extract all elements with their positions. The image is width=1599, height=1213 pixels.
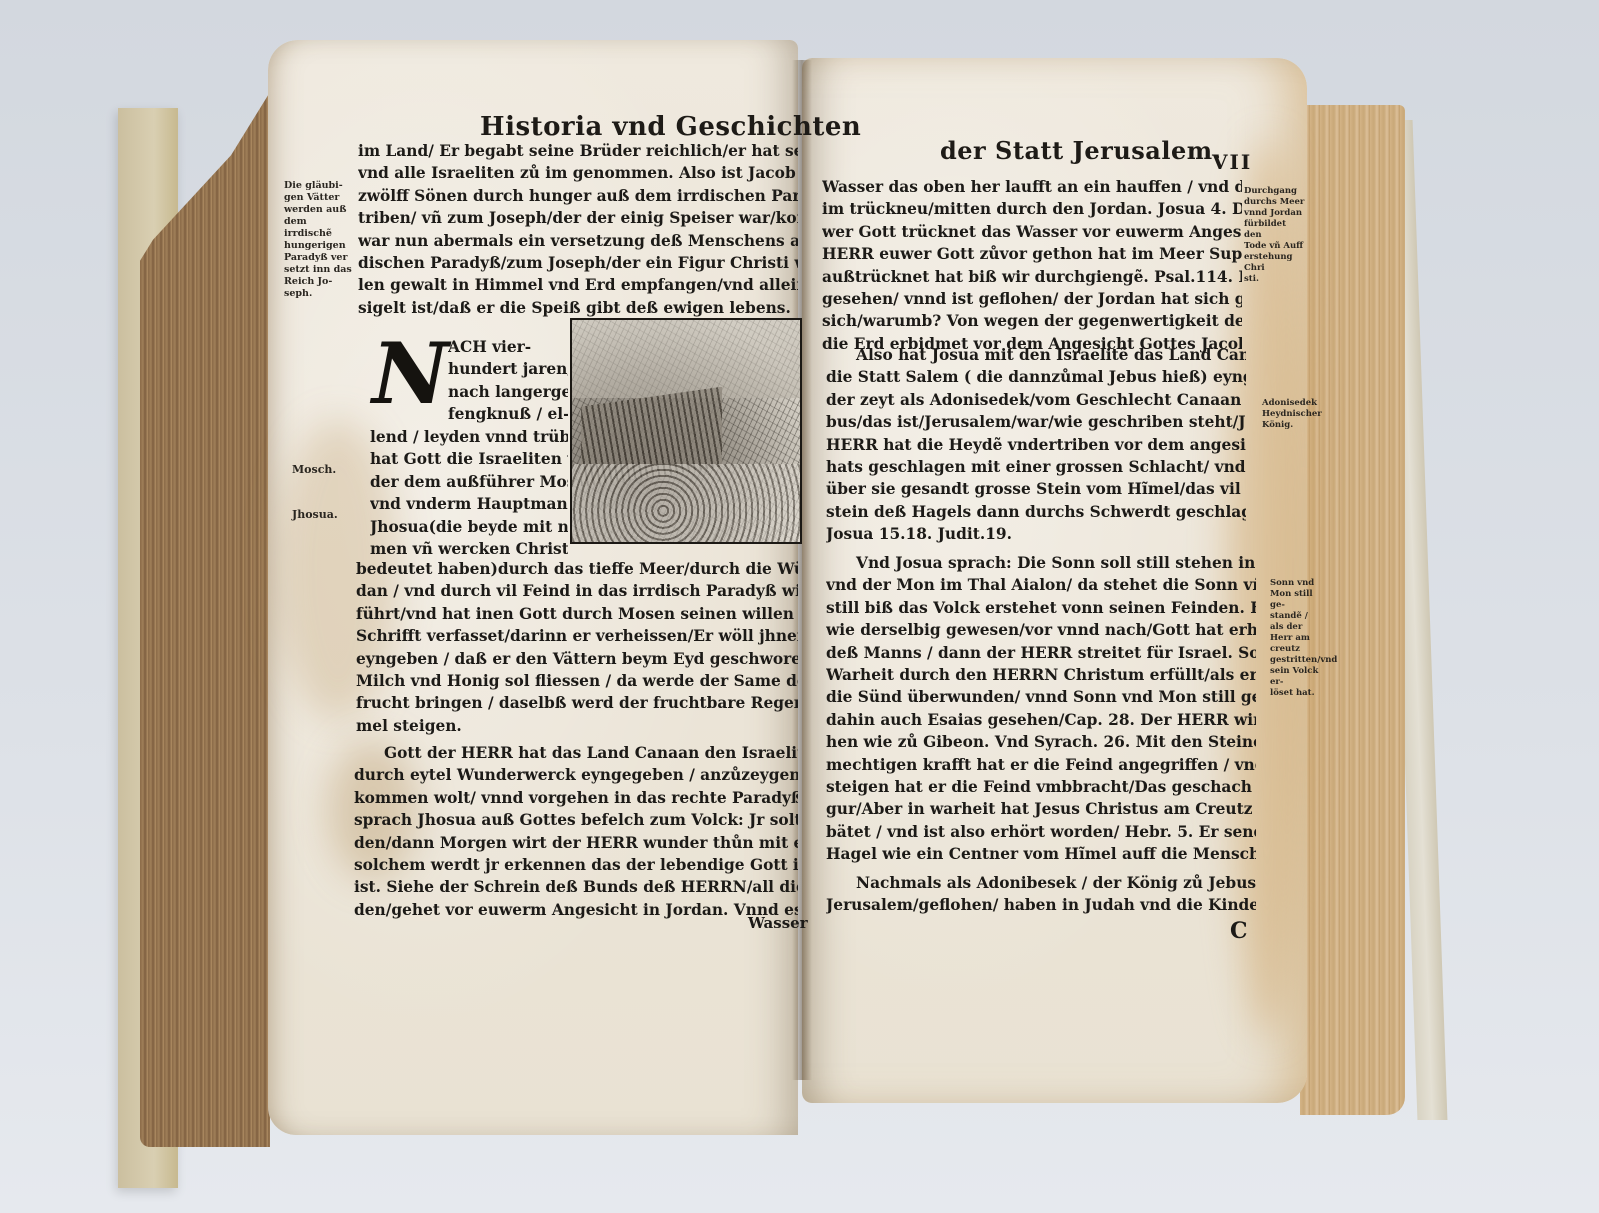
text-line: dahin auch Esaias gesehen/Cap. 28. Der H… <box>826 709 1256 731</box>
text-line: Also hat Josua mit den Israelitẽ das Lan… <box>826 344 1246 366</box>
text-line: Vnd Josua sprach: Die Sonn soll still st… <box>826 552 1256 574</box>
text-line: lend / leyden vnnd trübsal/ <box>370 426 568 448</box>
text-line: der zeyt als Adonisedek/vom Geschlecht C… <box>826 389 1246 411</box>
text-line: fengknuß / el- <box>448 403 568 425</box>
right-text-para4: Nachmals als Adonibesek / der König zů J… <box>826 872 1256 917</box>
left-text-para2: Gott der HERR hat das Land Canaan den Is… <box>354 742 798 921</box>
text-line: Gott der HERR hat das Land Canaan den Is… <box>354 742 798 764</box>
text-line: sigelt ist/daß er die Speiß gibt deß ewi… <box>358 297 798 319</box>
text-line: im trückneu/mitten durch den Jordan. Jos… <box>822 198 1242 220</box>
marginal-name-mosch: Mosch. <box>292 463 336 476</box>
text-line: Schrifft verfasset/darinn er verheissen/… <box>356 625 798 647</box>
text-line: bedeutet haben)durch das tieffe Meer/dur… <box>356 558 798 580</box>
text-line: gur/Aber in warheit hat Jesus Christus a… <box>826 798 1256 820</box>
text-line: durch eytel Wunderwerck eyngegeben / anz… <box>354 764 798 786</box>
text-line: bätet / vnd ist also erhört worden/ Hebr… <box>826 821 1256 843</box>
text-line: im Land/ Er begabt seine Brüder reichlic… <box>358 140 798 162</box>
text-line: hat Gott die Israeliten vn <box>370 448 568 470</box>
text-line: wie derselbig gewesen/vor vnnd nach/Gott… <box>826 619 1256 641</box>
left-text-beside-dropcap: ACH vier- hundert jaren/ nach langerge- … <box>448 336 568 426</box>
text-line: ist. Siehe der Schrein deß Bunds deß HER… <box>354 876 798 898</box>
text-line: führt/vnd hat inen Gott durch Mosen sein… <box>356 603 798 625</box>
right-running-head: der Statt Jerusalem. <box>940 136 1221 165</box>
text-line: wer Gott trücknet das Wasser vor euwerm … <box>822 221 1242 243</box>
right-text-para1: Wasser das oben her laufft an ein hauffe… <box>822 176 1242 355</box>
right-marginal-note-adonisedek: Adonisedek Heydnischer König. <box>1262 398 1312 431</box>
right-marginal-note-sun-moon: Sonn vnd Mon still ge- standẽ / als der … <box>1270 578 1320 699</box>
text-line: sprach Jhosua auß Gottes befelch zum Vol… <box>354 809 798 831</box>
marginal-name-jhosua: Jhosua. <box>292 508 338 521</box>
right-marginal-note-crossing: Durchgang durchs Meer vnnd Jordan fürbil… <box>1244 186 1306 285</box>
text-line: bus/das ist/Jerusalem/war/wie geschriben… <box>826 411 1246 433</box>
text-line: men vñ wercken Christum <box>370 538 568 560</box>
text-line: nach langerge- <box>448 381 568 403</box>
text-line: war nun abermals ein versetzung deß Mens… <box>358 230 798 252</box>
photo-scene: Historia vnd Geschichten Die gläubi- gen… <box>0 0 1599 1213</box>
right-text-para2: Also hat Josua mit den Israelitẽ das Lan… <box>826 344 1246 546</box>
left-running-head: Historia vnd Geschichten <box>480 112 861 142</box>
left-text-top: im Land/ Er begabt seine Brüder reichlic… <box>358 140 798 319</box>
text-line: Milch vnd Honig sol fliessen / da werde … <box>356 670 798 692</box>
text-line: HERR euwer Gott zůvor gethon hat im Meer… <box>822 243 1242 265</box>
text-line: steigen hat er die Feind vmbbracht/Das g… <box>826 776 1256 798</box>
text-line: hats geschlagen mit einer grossen Schlac… <box>826 456 1246 478</box>
woodcut-illustration <box>570 318 802 544</box>
text-line: deß Manns / dann der HERR streitet für I… <box>826 642 1256 664</box>
drop-cap-initial: N <box>372 332 448 418</box>
text-line: eyngeben / daß er den Vättern beym Eyd g… <box>356 648 798 670</box>
text-line: vnd vnderm Hauptmann <box>370 493 568 515</box>
page-block-edge-left <box>140 92 270 1147</box>
text-line: Jhosua(die beyde mit nam <box>370 516 568 538</box>
text-line: hen wie zů Gibeon. Vnd Syrach. 26. Mit d… <box>826 731 1256 753</box>
text-line: gesehen/ vnnd ist geflohen/ der Jordan h… <box>822 288 1242 310</box>
left-marginal-note: Die gläubi- gen Vätter werden auß dem ir… <box>284 180 354 300</box>
text-line: stein deß Hagels dann durchs Schwerdt ge… <box>826 501 1246 523</box>
text-line: Warheit durch den HERRN Christum erfüllt… <box>826 664 1256 686</box>
text-line: der dem außführer Mose/ <box>370 471 568 493</box>
left-text-beside-woodcut: lend / leyden vnnd trübsal/ hat Gott die… <box>370 426 568 560</box>
text-line: kommen wolt/ vnnd vorgehen in das rechte… <box>354 787 798 809</box>
text-line: HERR hat die Heydẽ vndertriben vor dem a… <box>826 434 1246 456</box>
text-line: still biß das Volck erstehet vonn seinen… <box>826 597 1256 619</box>
text-line: Wasser das oben her laufft an ein hauffe… <box>822 176 1242 198</box>
text-line: die Statt Salem ( die dannzůmal Jebus hi… <box>826 366 1246 388</box>
text-line: dischen Paradyß/zum Joseph/der ein Figur… <box>358 252 798 274</box>
text-line: Jerusalem/geflohen/ haben in Judah vnd d… <box>826 894 1256 916</box>
text-line: ACH vier- <box>448 336 568 358</box>
text-line: len gewalt in Himmel vnd Erd empfangen/v… <box>358 274 798 296</box>
text-line: außtrücknet hat biß wir durchgiengẽ. Psa… <box>822 266 1242 288</box>
text-line: triben/ vñ zum Joseph/der der einig Spei… <box>358 207 798 229</box>
text-line: mechtigen krafft hat er die Feind angegr… <box>826 754 1256 776</box>
left-text-para1: bedeutet haben)durch das tieffe Meer/dur… <box>356 558 798 737</box>
text-line: Hagel wie ein Centner vom Hĩmel auff die… <box>826 843 1256 865</box>
text-line: Josua 15.18. Judit.19. <box>826 523 1246 545</box>
text-line: die Sünd überwunden/ vnnd Sonn vnd Mon s… <box>826 686 1256 708</box>
woodcut-sky <box>572 320 800 398</box>
text-line: mel steigen. <box>356 715 798 737</box>
right-text-para3: Vnd Josua sprach: Die Sonn soll still st… <box>826 552 1256 865</box>
text-line: vnd alle Israeliten zů im genommen. Also… <box>358 162 798 184</box>
woodcut-water <box>572 464 800 542</box>
text-line: über sie gesandt grosse Stein vom Hĩmel/… <box>826 478 1246 500</box>
text-line: zwölff Sönen durch hunger auß dem irrdis… <box>358 185 798 207</box>
text-line: vnd der Mon im Thal Aialon/ da stehet di… <box>826 574 1256 596</box>
signature-mark: C <box>1230 918 1248 944</box>
catchword: Wasser <box>748 914 808 932</box>
text-line: den/gehet vor euwerm Angesicht in Jordan… <box>354 899 798 921</box>
folio-number: VII <box>1212 150 1252 174</box>
text-line: solchem werdt jr erkennen das der lebend… <box>354 854 798 876</box>
text-line: hundert jaren/ <box>448 358 568 380</box>
text-line: frucht bringen / daselbß werd der frucht… <box>356 692 798 714</box>
text-line: den/dann Morgen wirt der HERR wunder thů… <box>354 832 798 854</box>
text-line: Nachmals als Adonibesek / der König zů J… <box>826 872 1256 894</box>
text-line: dan / vnd durch vil Feind in das irrdisc… <box>356 580 798 602</box>
text-line: sich/warumb? Von wegen der gegenwertigke… <box>822 310 1242 332</box>
